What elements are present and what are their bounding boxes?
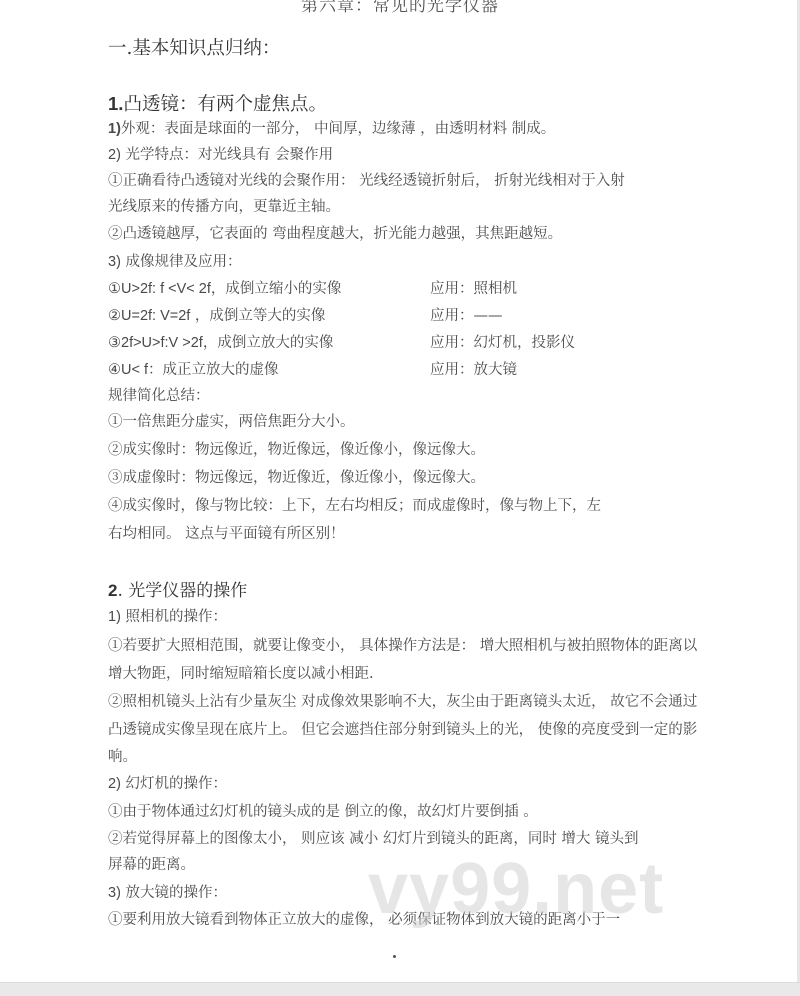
imaging-rule-1-application: 应用：照相机 [430,277,517,298]
imaging-rule-2-application: 应用：—— [430,304,503,325]
s1-line-3: ①正确看待凸透镜对光线的会聚作用： 光线经透镜折射后， 折射光线相对于入射 [108,169,625,190]
page-marker-dot [393,955,396,958]
section1-title: 凸透镜：有两个虚焦点。 [123,94,327,115]
imaging-rule-4: ④U< f：成正立放大的虚像 [108,358,279,379]
summary-line-3: ③成虚像时：物远像远，物近像近，像近像小，像远像大。 [108,466,485,487]
s1-line-2: 2) 光学特点：对光线具有 会聚作用 [108,143,333,164]
s1-line-1: 1)外观：表面是球面的一部分， 中间厚，边缘薄 ，由透明材料 制成。 [108,117,555,138]
projector-line-3: 屏幕的距离。 [108,853,195,874]
document-page: 第六章：常见的光学仪器 一.基本知识点归纳： 1.凸透镜：有两个虚焦点。 1)外… [0,0,800,982]
section2-heading: 2. 光学仪器的操作 [108,576,247,601]
section1-heading: 1.凸透镜：有两个虚焦点。 [108,90,327,116]
camera-line-5: 响。 [108,745,137,766]
camera-line-4: 凸透镜成实像呈现在底片上。 但它会遮挡住部分射到镜头上的光， 使像的亮度受到一定… [108,718,697,739]
projector-line-2: ②若觉得屏幕上的图像太小， 则应该 减小 幻灯片到镜头的距离，同时 增大 镜头到 [108,827,639,848]
imaging-rule-1: ①U>2f: f <V< 2f，成倒立缩小的实像 [108,277,341,298]
camera-line-2: 增大物距，同时缩短暗箱长度以减小相距. [108,662,374,683]
summary-line-4: ④成实像时，像与物比较：上下，左右均相反；而成虚像时，像与物上下，左 [108,494,601,515]
imaging-rule-3-application: 应用：幻灯机，投影仪 [430,331,575,352]
projector-heading: 2) 幻灯机的操作： [108,772,227,793]
s1-line-6: 3) 成像规律及应用： [108,250,242,271]
magnifier-heading: 3) 放大镜的操作： [108,881,227,902]
imaging-rule-4-application: 应用：放大镜 [430,358,517,379]
projector-line-1: ①由于物体通过幻灯机的镜头成的是 倒立的像，故幻灯片要倒插 。 [108,800,538,821]
s1-line-4: 光线原来的传播方向，更靠近主轴。 [108,195,340,216]
summary-line-5: 右均相同。 这点与平面镜有所区别！ [108,522,345,543]
section1-number: 1. [108,93,123,114]
camera-line-3: ②照相机镜头上沾有少量灰尘 对成像效果影响不大，灰尘由于距离镜头太近， 故它不会… [108,690,697,711]
watermark: vy99.net [368,848,664,930]
summary-heading: 规律简化总结： [108,384,210,405]
camera-line-1: ①若要扩大照相范围，就要让像变小， 具体操作方法是： 增大照相机与被拍照物体的距… [108,634,697,655]
chapter-title: 第六章：常见的光学仪器 [0,0,800,16]
page-bottom-gutter [0,982,800,996]
summary-line-2: ②成实像时：物远像近，物近像远，像近像小，像远像大。 [108,438,485,459]
camera-heading: 1) 照相机的操作： [108,605,227,626]
imaging-rule-2: ②U=2f: V=2f ，成倒立等大的实像 [108,304,325,325]
s1-line-5: ②凸透镜越厚，它表面的 弯曲程度越大，折光能力越强，其焦距越短。 [108,222,562,243]
imaging-rule-3: ③2f>U>f:V >2f，成倒立放大的实像 [108,331,333,352]
main-heading: 一.基本知识点归纳： [108,34,280,60]
summary-line-1: ①一倍焦距分虚实，两倍焦距分大小。 [108,410,355,431]
